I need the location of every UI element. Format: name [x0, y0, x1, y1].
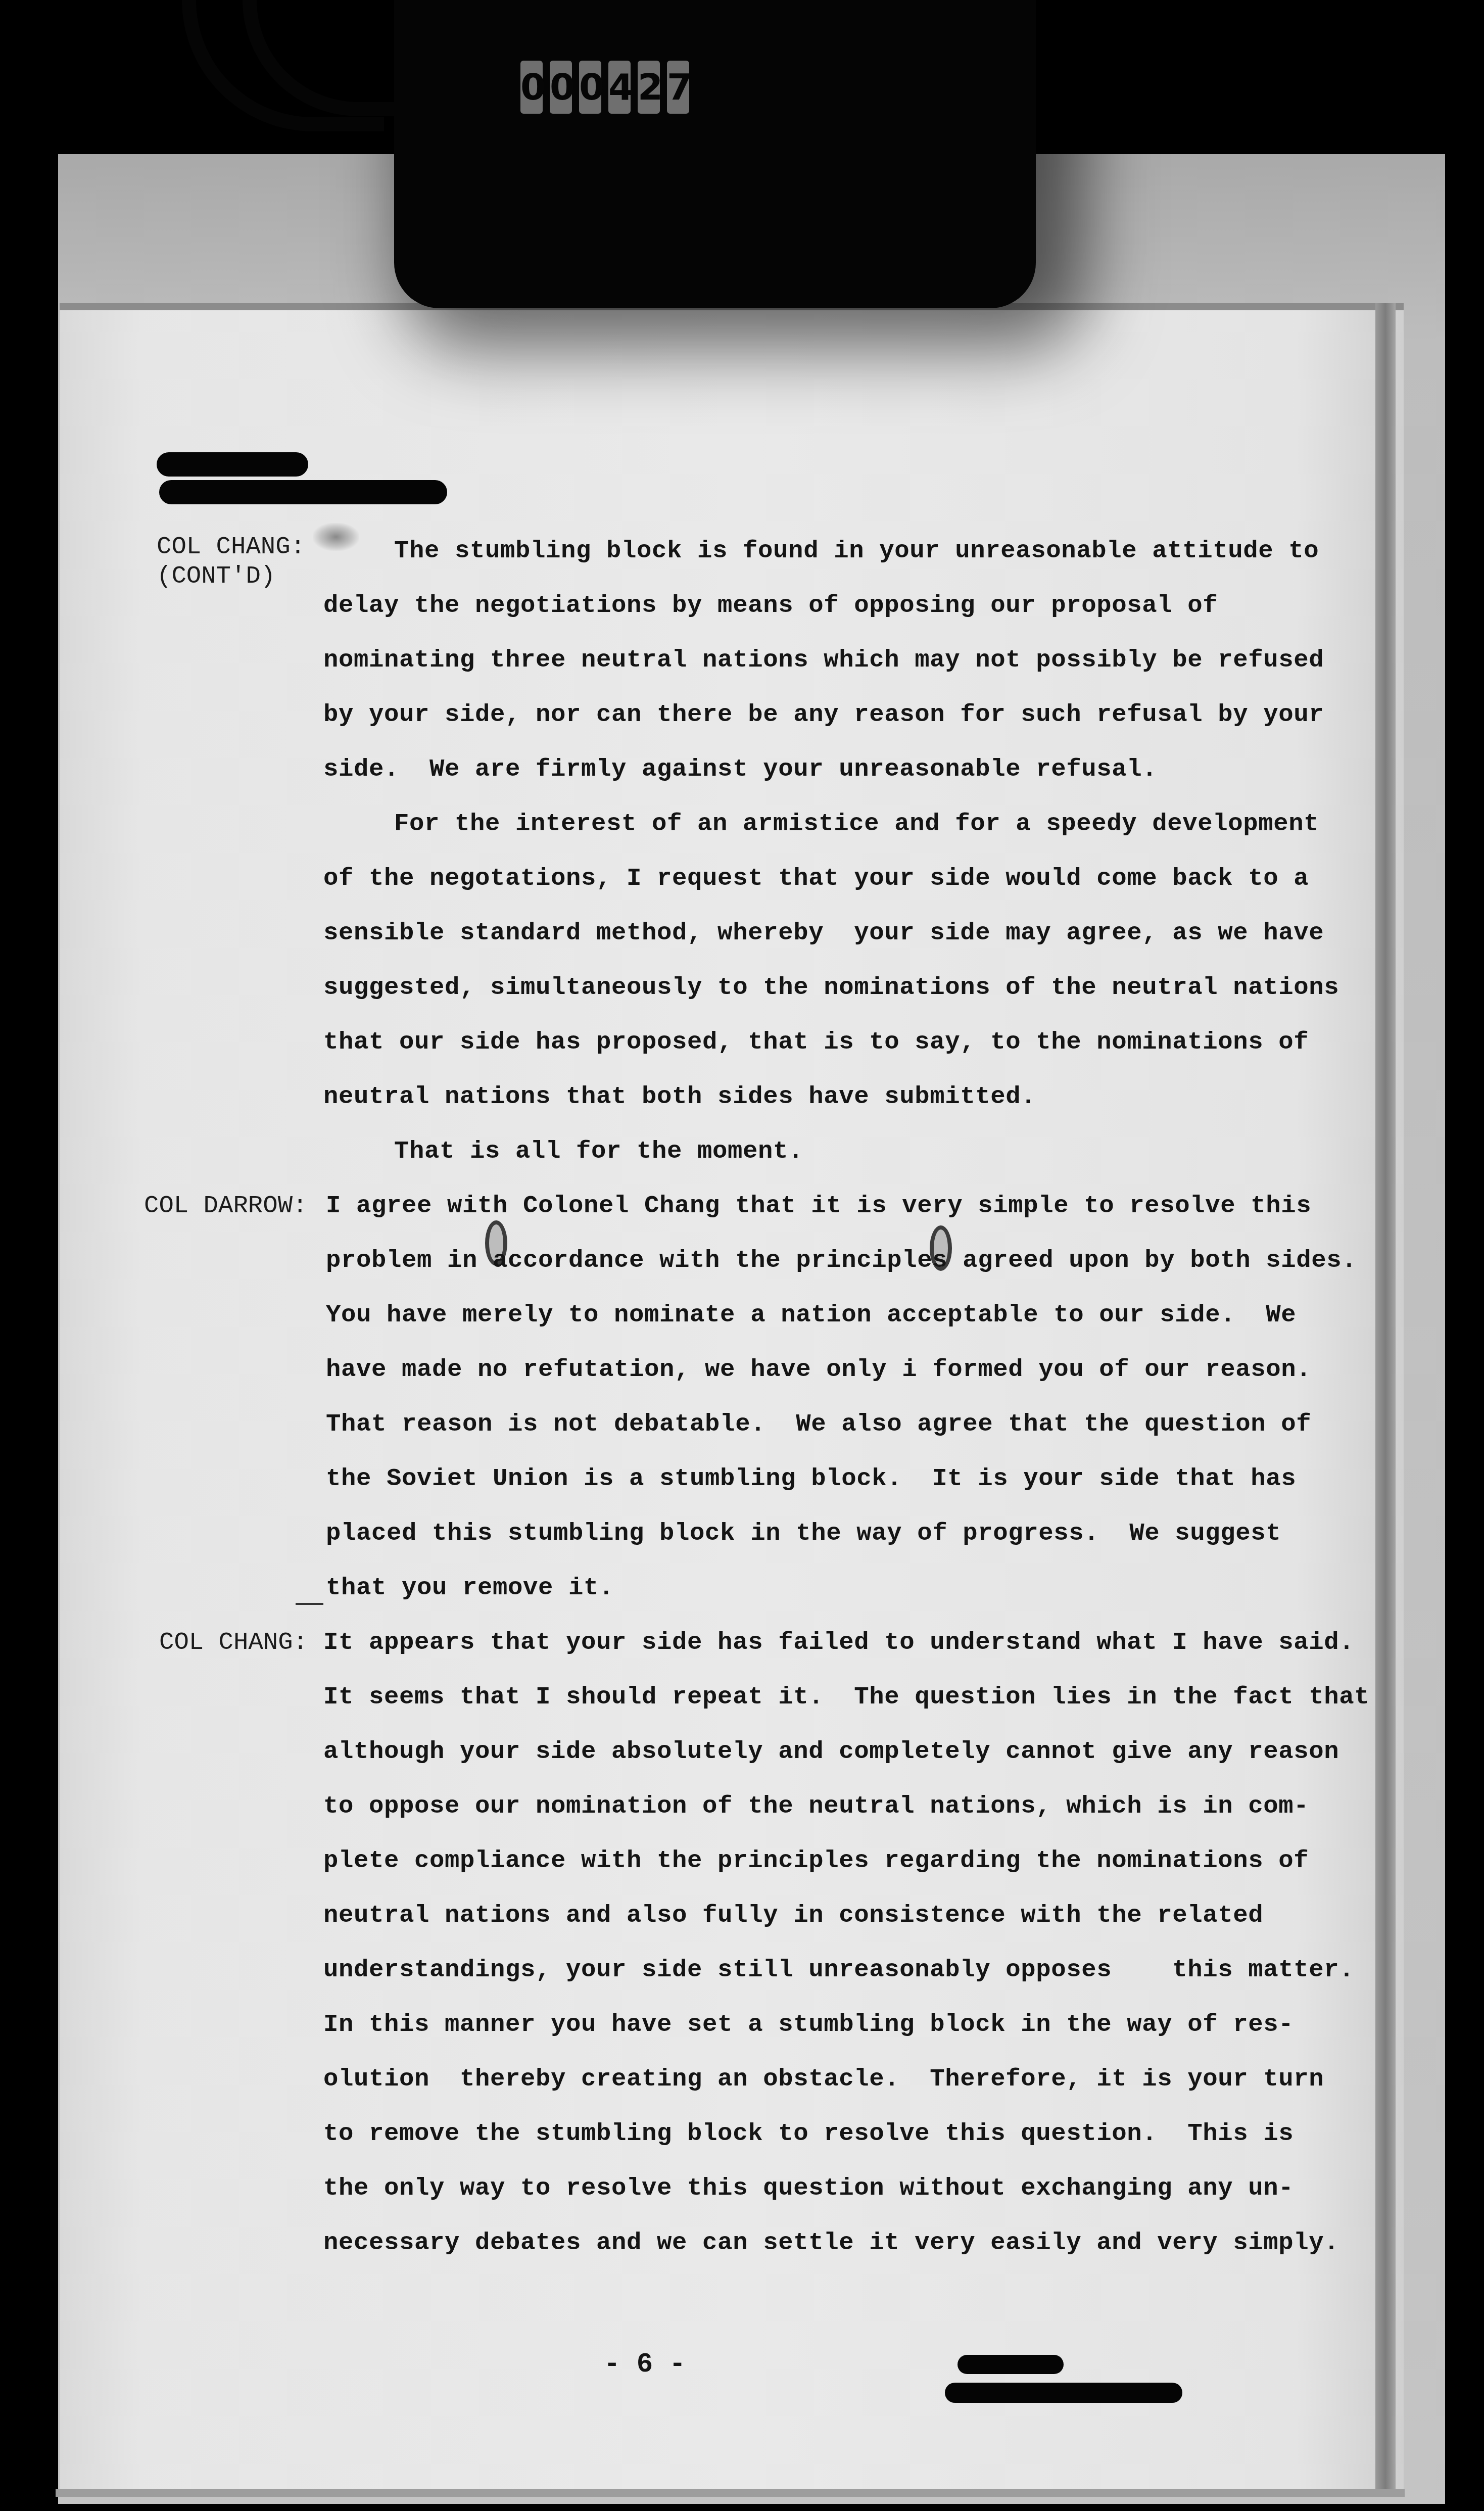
- speaker-label: COL DARROW:: [144, 1191, 307, 1221]
- transcript-line: although your side absolutely and comple…: [323, 1736, 1339, 1767]
- transcript-line: olution thereby creating an obstacle. Th…: [323, 2064, 1324, 2094]
- transcript-line: to remove the stumbling block to resolve…: [323, 2118, 1294, 2149]
- footer-redaction-bar: [945, 2383, 1182, 2403]
- speaker-continued-label: (CONT'D): [157, 561, 275, 591]
- transcript-line: necessary debates and we can settle it v…: [323, 2228, 1339, 2258]
- transcript-line: delay the negotiations by means of oppos…: [323, 590, 1218, 621]
- transcript-line: placed this stumbling block in the way o…: [326, 1518, 1281, 1548]
- transcript-line: the Soviet Union is a stumbling block. I…: [326, 1463, 1296, 1494]
- transcript-line: It appears that your side has failed to …: [323, 1627, 1354, 1657]
- header-redaction-bar: [157, 452, 308, 477]
- transcript-line: That reason is not debatable. We also ag…: [326, 1409, 1311, 1439]
- transcript-line: suggested, simultaneously to the nominat…: [323, 972, 1339, 1003]
- ink-smudge: [313, 523, 359, 551]
- speaker-label: COL CHANG:: [157, 532, 305, 562]
- transcript-line: side. We are firmly against your unreaso…: [323, 754, 1157, 784]
- counter-digit: 4: [608, 61, 631, 114]
- transcript-line: sensible standard method, whereby your s…: [323, 918, 1324, 948]
- transcript-line: the only way to resolve this question wi…: [323, 2173, 1294, 2203]
- transcript-line: The stumbling block is found in your unr…: [394, 536, 1319, 566]
- transcript-line: For the interest of an armistice and for…: [394, 809, 1319, 839]
- footer-redaction-bar: [958, 2355, 1064, 2374]
- transcript-line: plete compliance with the principles reg…: [323, 1845, 1309, 1876]
- transcript-line: problem in accordance with the principle…: [326, 1245, 1357, 1275]
- transcript-line: It seems that I should repeat it. The qu…: [323, 1682, 1369, 1712]
- frame-counter-digits: 0 0 0 4 2 7: [520, 61, 689, 114]
- transcript-line: That is all for the moment.: [394, 1136, 803, 1166]
- transcript-line: have made no refutation, we have only i …: [326, 1354, 1311, 1385]
- counter-digit: 0: [579, 61, 601, 114]
- transcript-line: I agree with Colonel Chang that it is ve…: [326, 1191, 1311, 1221]
- transcript-line: that our side has proposed, that is to s…: [323, 1027, 1309, 1057]
- counter-digit: 0: [520, 61, 543, 114]
- transcript-line: to oppose our nomination of the neutral …: [323, 1791, 1309, 1821]
- transcript-line: In this manner you have set a stumbling …: [323, 2009, 1294, 2040]
- transcript-line: by your side, nor can there be any reaso…: [323, 699, 1324, 730]
- transcript-line: of the negotations, I request that your …: [323, 863, 1309, 893]
- transcript-line: neutral nations and also fully in consis…: [323, 1900, 1263, 1930]
- sheet-edge-shadow: [1375, 303, 1396, 2491]
- counter-digit: 7: [667, 61, 689, 114]
- transcript-line: that you remove it.: [326, 1573, 614, 1603]
- document-sheet: [60, 303, 1404, 2496]
- counter-digit: 2: [638, 61, 660, 114]
- stray-pen-mark: [296, 1603, 323, 1605]
- frame-counter: 0 0 0 4 2 7: [394, 0, 1036, 308]
- transcript-line: nominating three neutral nations which m…: [323, 645, 1324, 675]
- transcript-line: neutral nations that both sides have sub…: [323, 1081, 1036, 1112]
- transcript-line: You have merely to nominate a nation acc…: [326, 1300, 1296, 1330]
- header-redaction-bar: [159, 480, 447, 504]
- transcript-line: understandings, your side still unreason…: [323, 1955, 1354, 1985]
- sheet-bottom-edge: [56, 2489, 1405, 2497]
- page-number: - 6 -: [604, 2350, 686, 2380]
- counter-digit: 0: [550, 61, 572, 114]
- speaker-label: COL CHANG:: [159, 1627, 308, 1657]
